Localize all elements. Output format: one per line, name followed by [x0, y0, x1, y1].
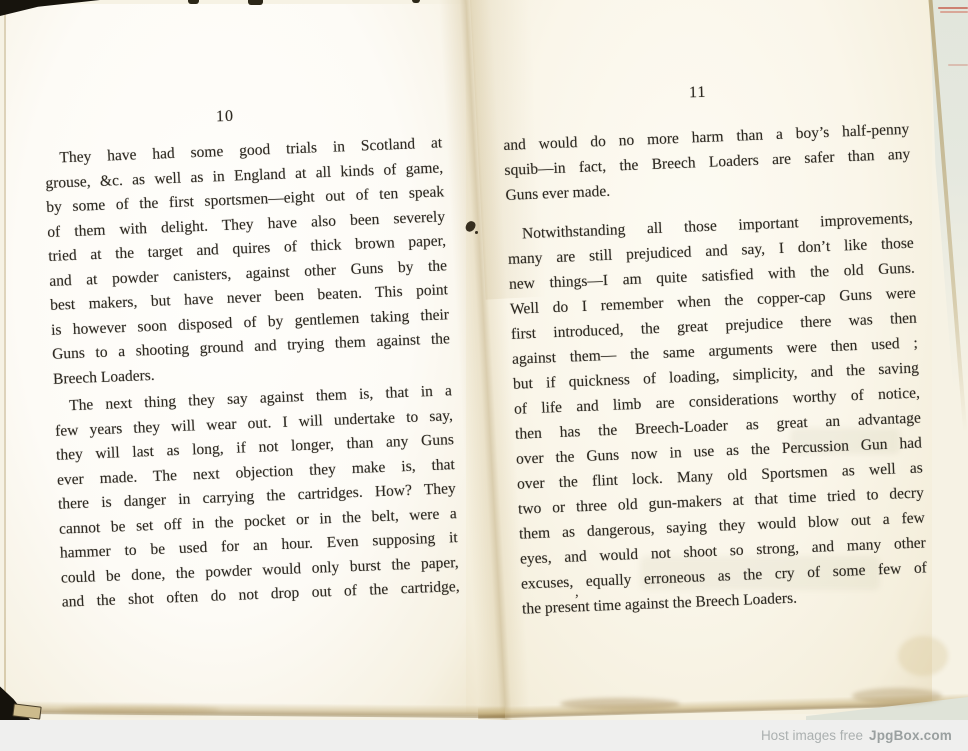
paragraph: They have had some good trials in Scotla… [44, 131, 451, 391]
watermark-bar: Host images free JpgBox.com [0, 720, 968, 751]
paper-stain [852, 688, 942, 704]
paragraph: Notwithstanding all those important impr… [507, 206, 929, 622]
top-edge-mark [188, 0, 199, 4]
right-page-text: and would do no more harm than a boy’s h… [503, 117, 929, 636]
red-edge-line [940, 11, 968, 13]
red-edge-line [948, 64, 968, 66]
right-page-number: 11 [689, 84, 707, 102]
paragraph: and would do no more harm than a boy’s h… [503, 117, 912, 208]
left-page-text: They have had some good trials in Scotla… [44, 131, 460, 618]
watermark-text: Host images free [761, 728, 863, 743]
top-edge-mark [248, 0, 263, 5]
red-edge-line [938, 7, 968, 9]
book-scan-screenshot: , 10 11 They have had some good trials i… [0, 0, 968, 751]
paper-stain [898, 636, 948, 676]
top-edge-mark [412, 0, 420, 3]
paper-stain [560, 698, 680, 710]
paper-stain [60, 706, 220, 714]
open-book-photo: , 10 11 They have had some good trials i… [0, 0, 968, 720]
watermark-brand: JpgBox.com [869, 728, 952, 743]
paragraph: The next thing they say against them is,… [54, 379, 460, 615]
left-page-number: 10 [216, 108, 234, 126]
